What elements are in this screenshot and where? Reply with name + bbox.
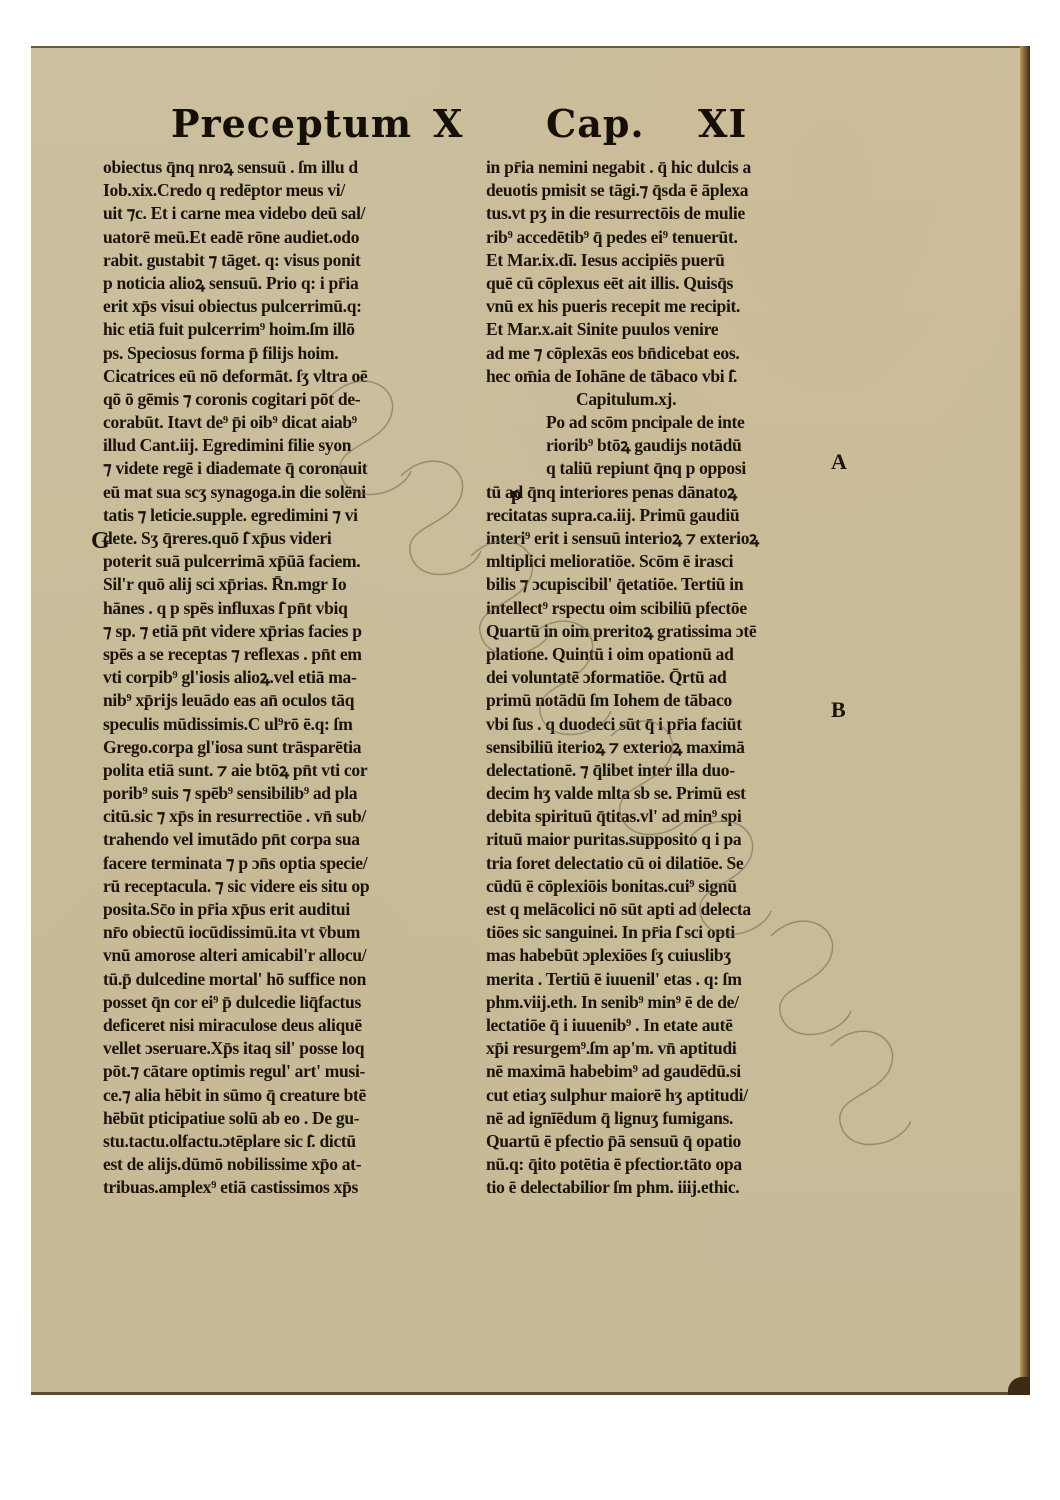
text-line: polita etiā sunt. ⁊ aie btōꝝ pn̄t vti co… (103, 759, 483, 782)
text-line: quē cū cōplexus eēt ait illis. Quisq̄s (486, 272, 866, 295)
text-line: primū notādū ſm Iohem de tābaco (486, 689, 866, 712)
text-line: Sil'r quō alij sci xp̄rias. R̄n.mgr Io (103, 573, 483, 596)
text-line: nū.q: q̄ito potētia ē pfectior.tāto opa (486, 1153, 866, 1176)
text-line: ⁊ videte regē i diademate q̄ coronauit (103, 457, 483, 480)
text-line: tribuas.amplex⁹ etiā castissimos xp̄s (103, 1176, 483, 1199)
text-line: p noticia alioꝝ sensuū. Prio q: i pr̄ia (103, 272, 483, 295)
text-line: nē maximā habebim⁹ ad gaudēdū.si (486, 1060, 866, 1083)
text-line: tū.p̄ dulcedine mortal' hō suffice non (103, 968, 483, 991)
header-chapter-label: Cap. (546, 101, 645, 146)
text-line: qō ō gēmis ⁊ coronis cogitari pōt de- (103, 388, 483, 411)
text-line: delectationē. ⁊ q̄libet inter illa duo- (486, 759, 866, 782)
margin-section-letter-b: B (831, 697, 846, 723)
text-line: platione. Quintū i oim opationū ad (486, 643, 866, 666)
text-line: posset q̄n cor ei⁹ p̄ dulcedie liq̄factu… (103, 991, 483, 1014)
text-line: rib⁹ accedētib⁹ q̄ pedes ei⁹ tenuerūt. (486, 226, 866, 249)
text-line: poterit suā pulcerrimā xp̄ūā faciem. (103, 550, 483, 573)
text-line: mas habebūt ɔplexiōes ſʒ cuiuslibʒ (486, 944, 866, 967)
text-line: est q melācolici nō sūt apti ad delecta (486, 898, 866, 921)
text-line: posita.Sc̄o in pr̄ia xp̄us erit auditui (103, 898, 483, 921)
text-line: uatorē meū.Et eadē rōne audiet.odo (103, 226, 483, 249)
page-corner-shadow (1008, 1377, 1030, 1395)
text-line: corabūt. Itavt de⁹ p̄i oib⁹ dicat aiab⁹ (103, 411, 483, 434)
text-line: tū ad q̄nq interiores penas dānatoꝝ (486, 481, 866, 504)
text-line: facere terminata ⁊ p ɔn̄s optia specie/ (103, 852, 483, 875)
text-line: Et Mar.ix.dī. Iesus accipiēs puerū (486, 249, 866, 272)
text-line: in pr̄ia nemini negabit . q̄ hic dulcis … (486, 156, 866, 179)
text-line: pōt.⁊ cātare optimis regul' art' musi- (103, 1060, 483, 1083)
text-line: hec om̄ia de Iohāne de tābaco vbi ſ̄. (486, 365, 866, 388)
text-line: lectatiōe q̄ i iuuenib⁹ . In etate autē (486, 1014, 866, 1037)
chapter-opening-line: Po ad scōm pncipale de inte (486, 411, 866, 434)
text-line: tiōes sic sanguinei. In pr̄ia ſ̄ sci opt… (486, 921, 866, 944)
text-line: sensibiliū iterioꝝ ⁊ exterioꝝ maximā (486, 736, 866, 759)
text-line: cut etiaʒ sulphur maiorē hʒ aptitudi/ (486, 1084, 866, 1107)
text-line: hēbūt pticipatiue solū ab eo . De gu- (103, 1107, 483, 1130)
text-line: Cicatrices eū nō deformāt. ſʒ vltra oē (103, 365, 483, 388)
text-line: rituū maior puritas.supposito q i pa (486, 828, 866, 851)
text-line: tio ē delectabilior ſm phm. iiij.ethic. (486, 1176, 866, 1199)
text-line: xp̄i resurgem⁹.ſm ap'm. vn̄ aptitudi (486, 1037, 866, 1060)
chapter-opening-line: q taliū repiunt q̄nq p opposi (486, 457, 866, 480)
running-header: Preceptum X Cap. XI (171, 101, 811, 149)
text-line: spēs a se receptas ⁊ reflexas . pn̄t em (103, 643, 483, 666)
text-line: vbi ſ̄us . q duodeci sūt q̄ i pr̄ia faci… (486, 713, 866, 736)
text-line: recitatas supra.ca.iij. Primū gaudiū (486, 504, 866, 527)
text-line: deficeret nisi miraculose deus aliquē (103, 1014, 483, 1037)
text-line: dei voluntatē ɔformatiōe. Q̄rtū ad (486, 666, 866, 689)
left-text-column: obiectus q̄nq nroꝝ sensuū . ſm illu d Io… (103, 156, 483, 1199)
text-line: tatis ⁊ leticie.supple. egredimini ⁊ vi (103, 504, 483, 527)
text-line: Quartū in oim preritoꝝ gratissima ɔtē (486, 620, 866, 643)
text-line: ad me ⁊ cōplexās eos bn̄dicebat eos. (486, 342, 866, 365)
page-spine-edge (1020, 46, 1030, 1395)
text-line: mltiplici melioratiōe. Scōm ē irasci (486, 550, 866, 573)
text-line: Iob.xix.Credo q redēptor meus vi/ (103, 179, 483, 202)
text-line: hānes . q p spēs influxas ſ̄ pn̄t vbiq (103, 597, 483, 620)
text-line: Grego.corpa gl'iosa sunt trāsparētia (103, 736, 483, 759)
text-line: nē ad ignīēdum q̄ lignuʒ fumigans. (486, 1107, 866, 1130)
text-line: vti corpib⁹ gl'iosis alioꝝ.vel etiā ma- (103, 666, 483, 689)
text-line: debita spirituū q̄titas.vl' ad min⁹ spi (486, 805, 866, 828)
text-line: Et Mar.x.ait Sinite puulos venire (486, 318, 866, 341)
text-line: rabit. gustabit ⁊ tāget. q: visus ponit (103, 249, 483, 272)
text-line: citū.sic ⁊ xp̄s in resurrectiōe . vn̄ su… (103, 805, 483, 828)
text-line: erit xp̄s visui obiectus pulcerrimū.q: (103, 295, 483, 318)
text-line: deuotis pmisit se tāgi.⁊ q̄sda ē āplexa (486, 179, 866, 202)
text-line: hic etiā fuit pulcerrim⁹ hoim.ſm illō (103, 318, 483, 341)
text-line: uit ⁊c. Et i carne mea videbo deū sal/ (103, 202, 483, 225)
text-line: eū mat sua scʒ synagoga.in die solēni (103, 481, 483, 504)
text-line: vnū ex his pueris recepit me recipit. (486, 295, 866, 318)
text-line: interi⁹ erit i sensuū interioꝝ ⁊ exterio… (486, 527, 866, 550)
text-line: nib⁹ xp̄rijs leuādo eas an̄ oculos tāq (103, 689, 483, 712)
header-title: Preceptum (171, 101, 412, 146)
text-line: cūdū ē cōplexiōis bonitas.cui⁹ signū (486, 875, 866, 898)
text-line: nr̄o obiectū iocūdissimū.ita vt v̄bum (103, 921, 483, 944)
guide-letter-p: p (511, 484, 522, 506)
text-line: trahendo vel imutādo pn̄t corpa sua (103, 828, 483, 851)
text-line: obiectus q̄nq nroꝝ sensuū . ſm illu d (103, 156, 483, 179)
text-line: ps. Speciosus forma p̄ filijs hoim. (103, 342, 483, 365)
header-precept-number: X (433, 101, 463, 146)
chapter-opening-line: riorib⁹ btōꝝ gaudijs notādū (486, 434, 866, 457)
text-line: vellet ɔseruare.Xp̄s itaq sil' posse loq (103, 1037, 483, 1060)
header-chapter-number: XI (698, 101, 747, 146)
text-line: tus.vt pʒ in die resurrectōis de mulie (486, 202, 866, 225)
text-line: dete. Sʒ q̄reres.quō ſ̄ xp̄us videri (103, 527, 483, 550)
chapter-heading: Capitulum.xj. (486, 388, 866, 411)
text-line: intellect⁹ rspectu oim scibiliū pfectōe (486, 597, 866, 620)
text-line: porib⁹ suis ⁊ spēb⁹ sensibilib⁹ ad pla (103, 782, 483, 805)
text-line: speculis mūdissimis.C ul⁹rō ē.q: ſm (103, 713, 483, 736)
text-line: bilis ⁊ ɔcupiscibil' q̄etatiōe. Tertiū i… (486, 573, 866, 596)
text-line: ⁊ sp. ⁊ etiā pn̄t videre xp̄rias facies … (103, 620, 483, 643)
text-line: merita . Tertiū ē iuuenil' etas . q: ſm (486, 968, 866, 991)
text-line: tria foret delectatio cū oi dilatiōe. Se (486, 852, 866, 875)
right-text-column: in pr̄ia nemini negabit . q̄ hic dulcis … (486, 156, 866, 1199)
margin-section-letter-g: G (91, 528, 110, 555)
text-line: decim hʒ valde mlta sb se. Primū est (486, 782, 866, 805)
text-line: est de alijs.dūmō nobilissime xp̄o at- (103, 1153, 483, 1176)
text-line: rū receptacula. ⁊ sic videre eis situ op (103, 875, 483, 898)
text-line: ce.⁊ alia hēbit in sūmo q̄ creature btē (103, 1084, 483, 1107)
book-page: Preceptum X Cap. XI obiectus q̄nq nroꝝ s… (31, 46, 1030, 1395)
text-line: phm.viij.eth. In senib⁹ min⁹ ē de de/ (486, 991, 866, 1014)
text-line: stu.tactu.olfactu.ɔtēplare sic ſ̄. dictū (103, 1130, 483, 1153)
text-line: illud Cant.iij. Egredimini filie syon (103, 434, 483, 457)
text-line: vnū amorose alteri amicabil'r allocu/ (103, 944, 483, 967)
margin-section-letter-a: A (831, 449, 847, 475)
text-line: Quartū ē pfectio p̄ā sensuū q̄ opatio (486, 1130, 866, 1153)
